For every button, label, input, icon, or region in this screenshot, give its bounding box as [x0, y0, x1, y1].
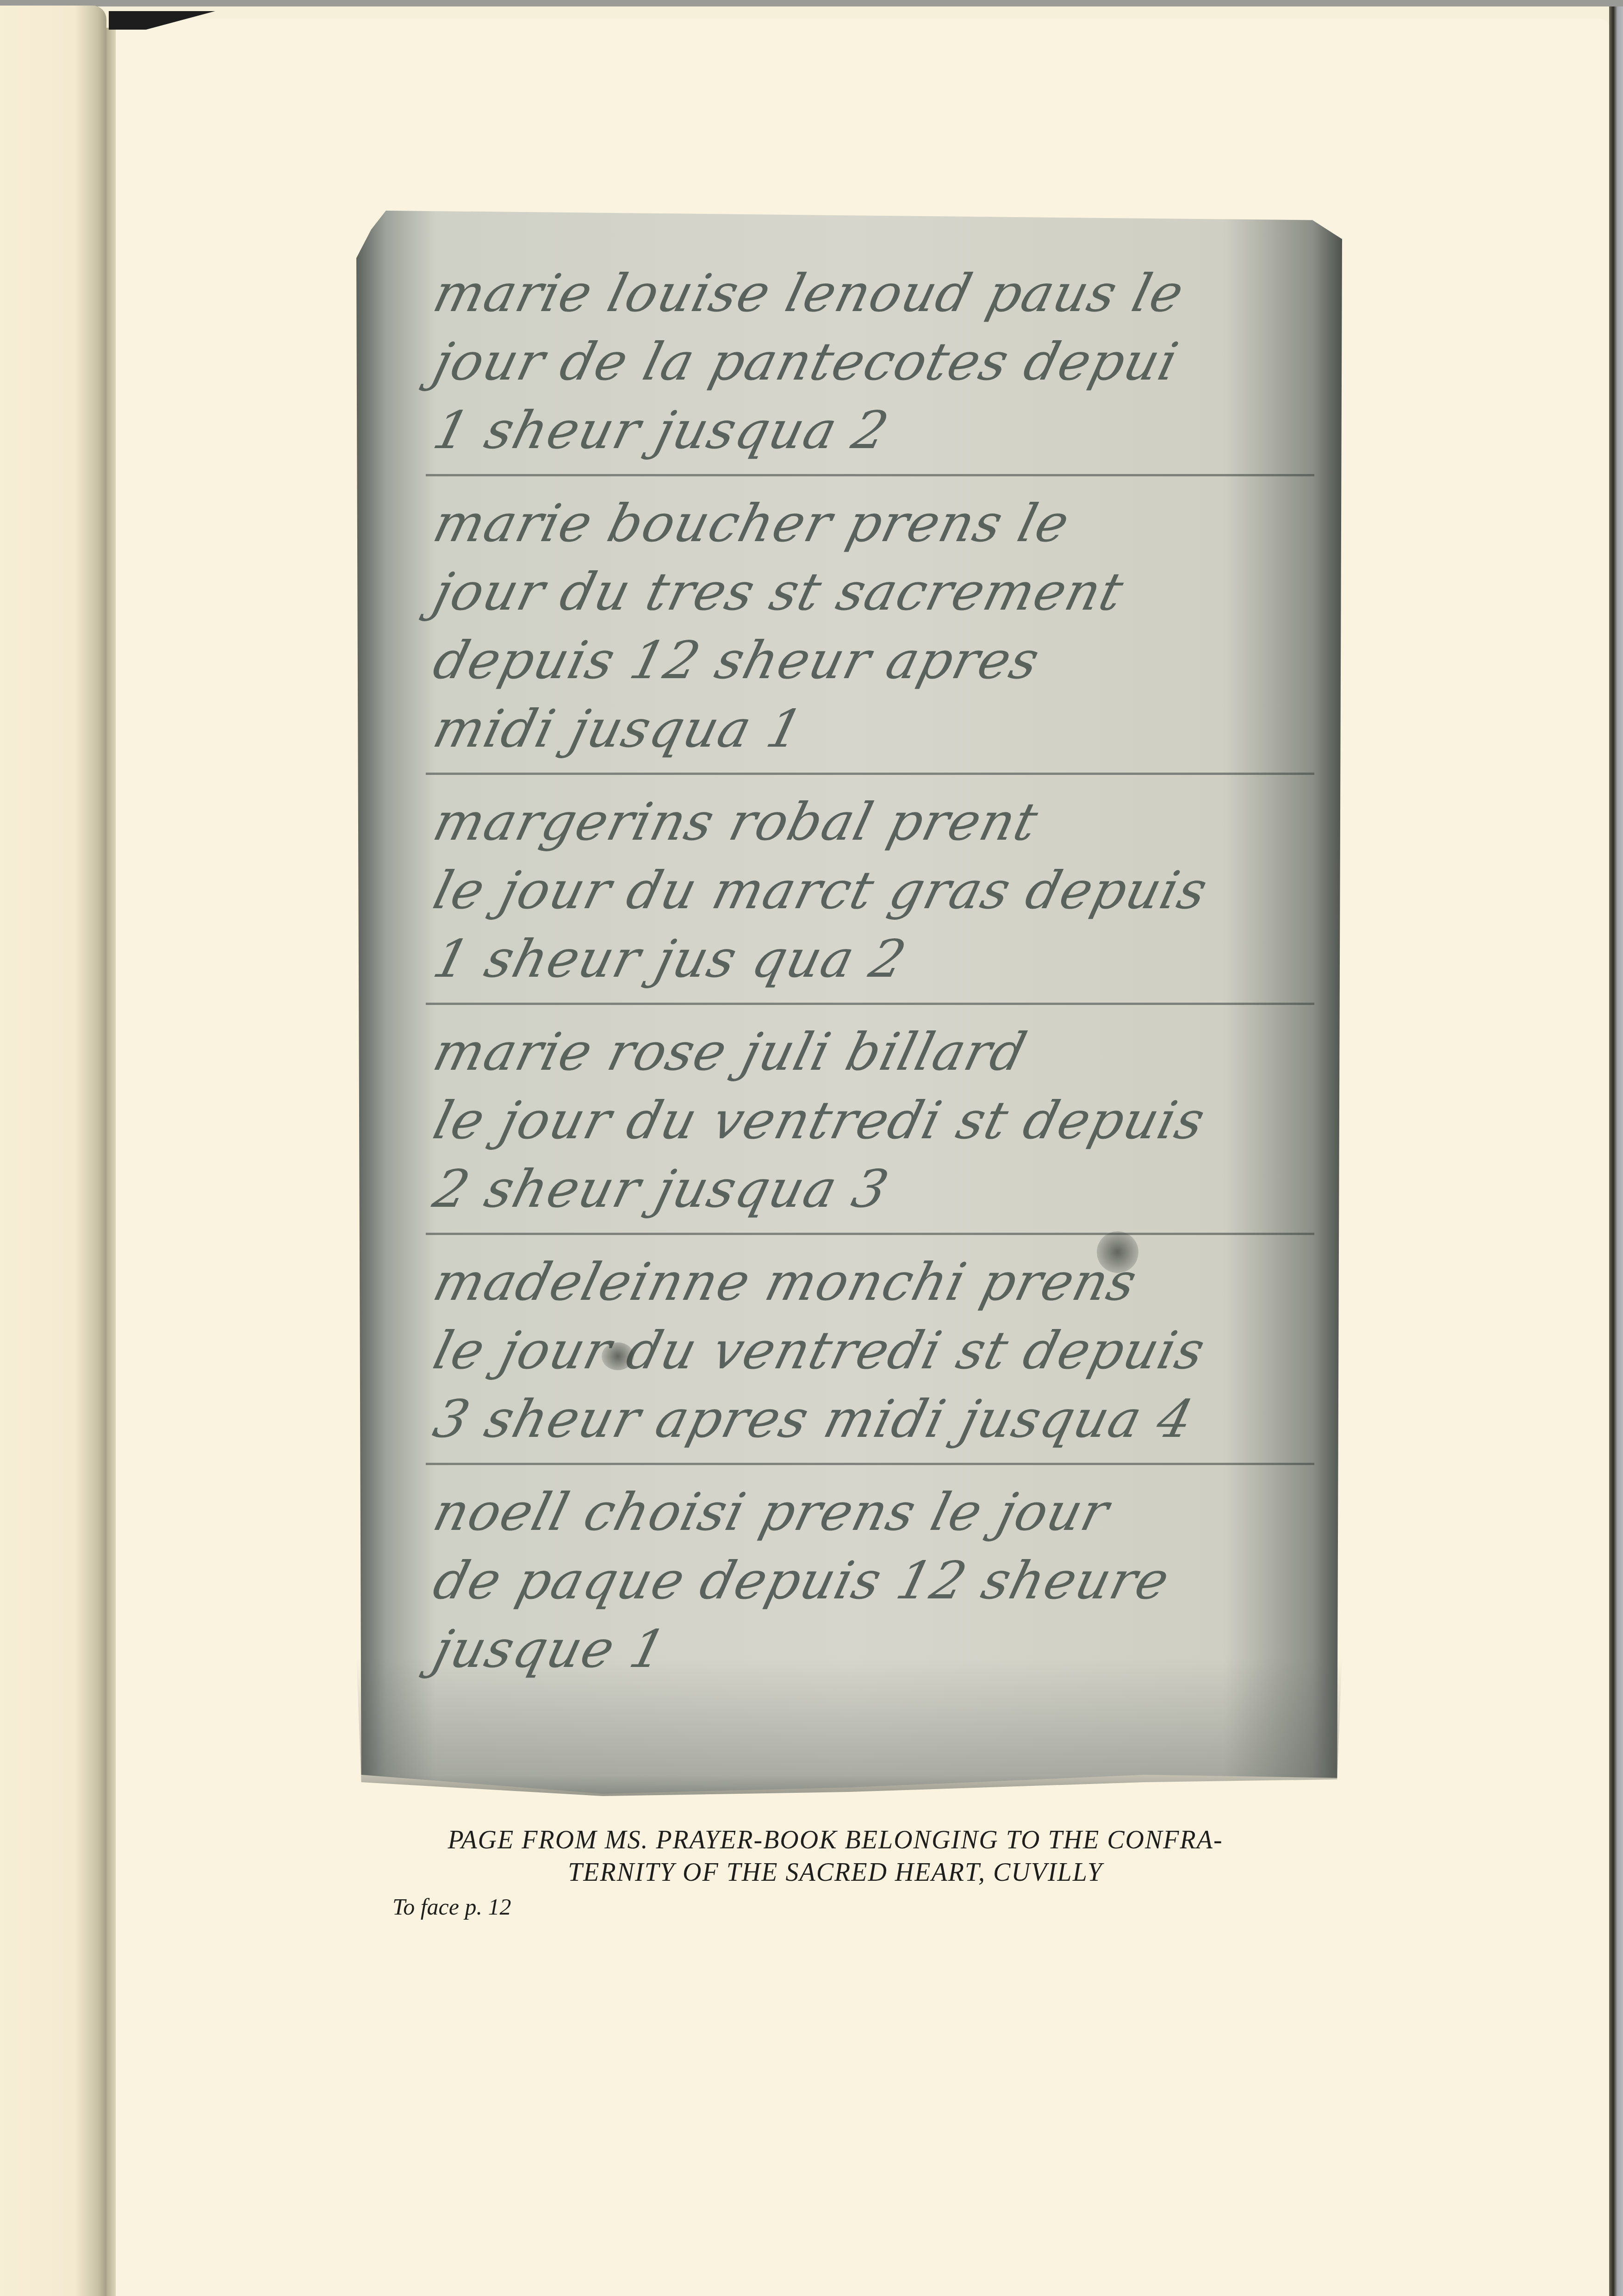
manuscript-line: marie louise lenoud paus le [427, 259, 1323, 328]
manuscript-line: madeleinne monchi prens [427, 1248, 1323, 1316]
manuscript-entry: marie louise lenoud paus le jour de la p… [426, 259, 1314, 476]
manuscript-line: marie boucher prens le [427, 489, 1323, 558]
manuscript-line: le jour du ventredi st depuis [427, 1316, 1323, 1385]
manuscript-line: noell choisi prens le jour [427, 1478, 1323, 1547]
scanner-top-edge [0, 0, 1623, 6]
manuscript-line: jusque 1 [427, 1615, 1323, 1684]
ink-stain [602, 1342, 634, 1370]
ink-stain [1097, 1231, 1138, 1273]
page-right-edge [1609, 6, 1623, 2296]
facing-page-note: To face p. 12 [392, 1893, 511, 1920]
caption-line-2: TERNITY OF THE SACRED HEART, CUVILLY [356, 1856, 1314, 1889]
manuscript-line: de paque depuis 12 sheure [427, 1547, 1323, 1615]
manuscript-entry: noell choisi prens le jour de paque depu… [426, 1478, 1314, 1693]
manuscript-line: midi jusqua 1 [427, 695, 1323, 763]
manuscript-entry: marie boucher prens le jour du tres st s… [426, 489, 1314, 775]
manuscript-line: depuis 12 sheur apres [427, 626, 1323, 695]
caption-line-1: PAGE FROM MS. PRAYER-BOOK BELONGING TO T… [356, 1824, 1314, 1856]
manuscript-entry: marie rose juli billard le jour du ventr… [426, 1018, 1314, 1235]
manuscript-line: margerins robal prent [427, 788, 1323, 856]
manuscript-line: 1 sheur jus qua 2 [427, 925, 1323, 993]
manuscript-entry: margerins robal prent le jour du marct g… [426, 788, 1314, 1005]
manuscript-line: 2 sheur jusqua 3 [427, 1155, 1323, 1223]
manuscript-line: le jour du marct gras depuis [427, 856, 1323, 925]
manuscript-line: jour du tres st sacrement [427, 558, 1323, 626]
manuscript-line: 1 sheur jusqua 2 [427, 396, 1323, 465]
left-page-leaf [0, 6, 106, 2296]
manuscript-line: le jour du ventredi st depuis [427, 1086, 1323, 1155]
plate-caption: PAGE FROM MS. PRAYER-BOOK BELONGING TO T… [356, 1824, 1314, 1889]
manuscript-text: marie louise lenoud paus le jour de la p… [426, 259, 1314, 1706]
manuscript-entry: madeleinne monchi prens le jour du ventr… [426, 1248, 1314, 1465]
manuscript-line: 3 sheur apres midi jusqua 4 [427, 1385, 1323, 1454]
manuscript-line: marie rose juli billard [427, 1018, 1323, 1086]
manuscript-line: jour de la pantecotes depui [427, 328, 1323, 396]
